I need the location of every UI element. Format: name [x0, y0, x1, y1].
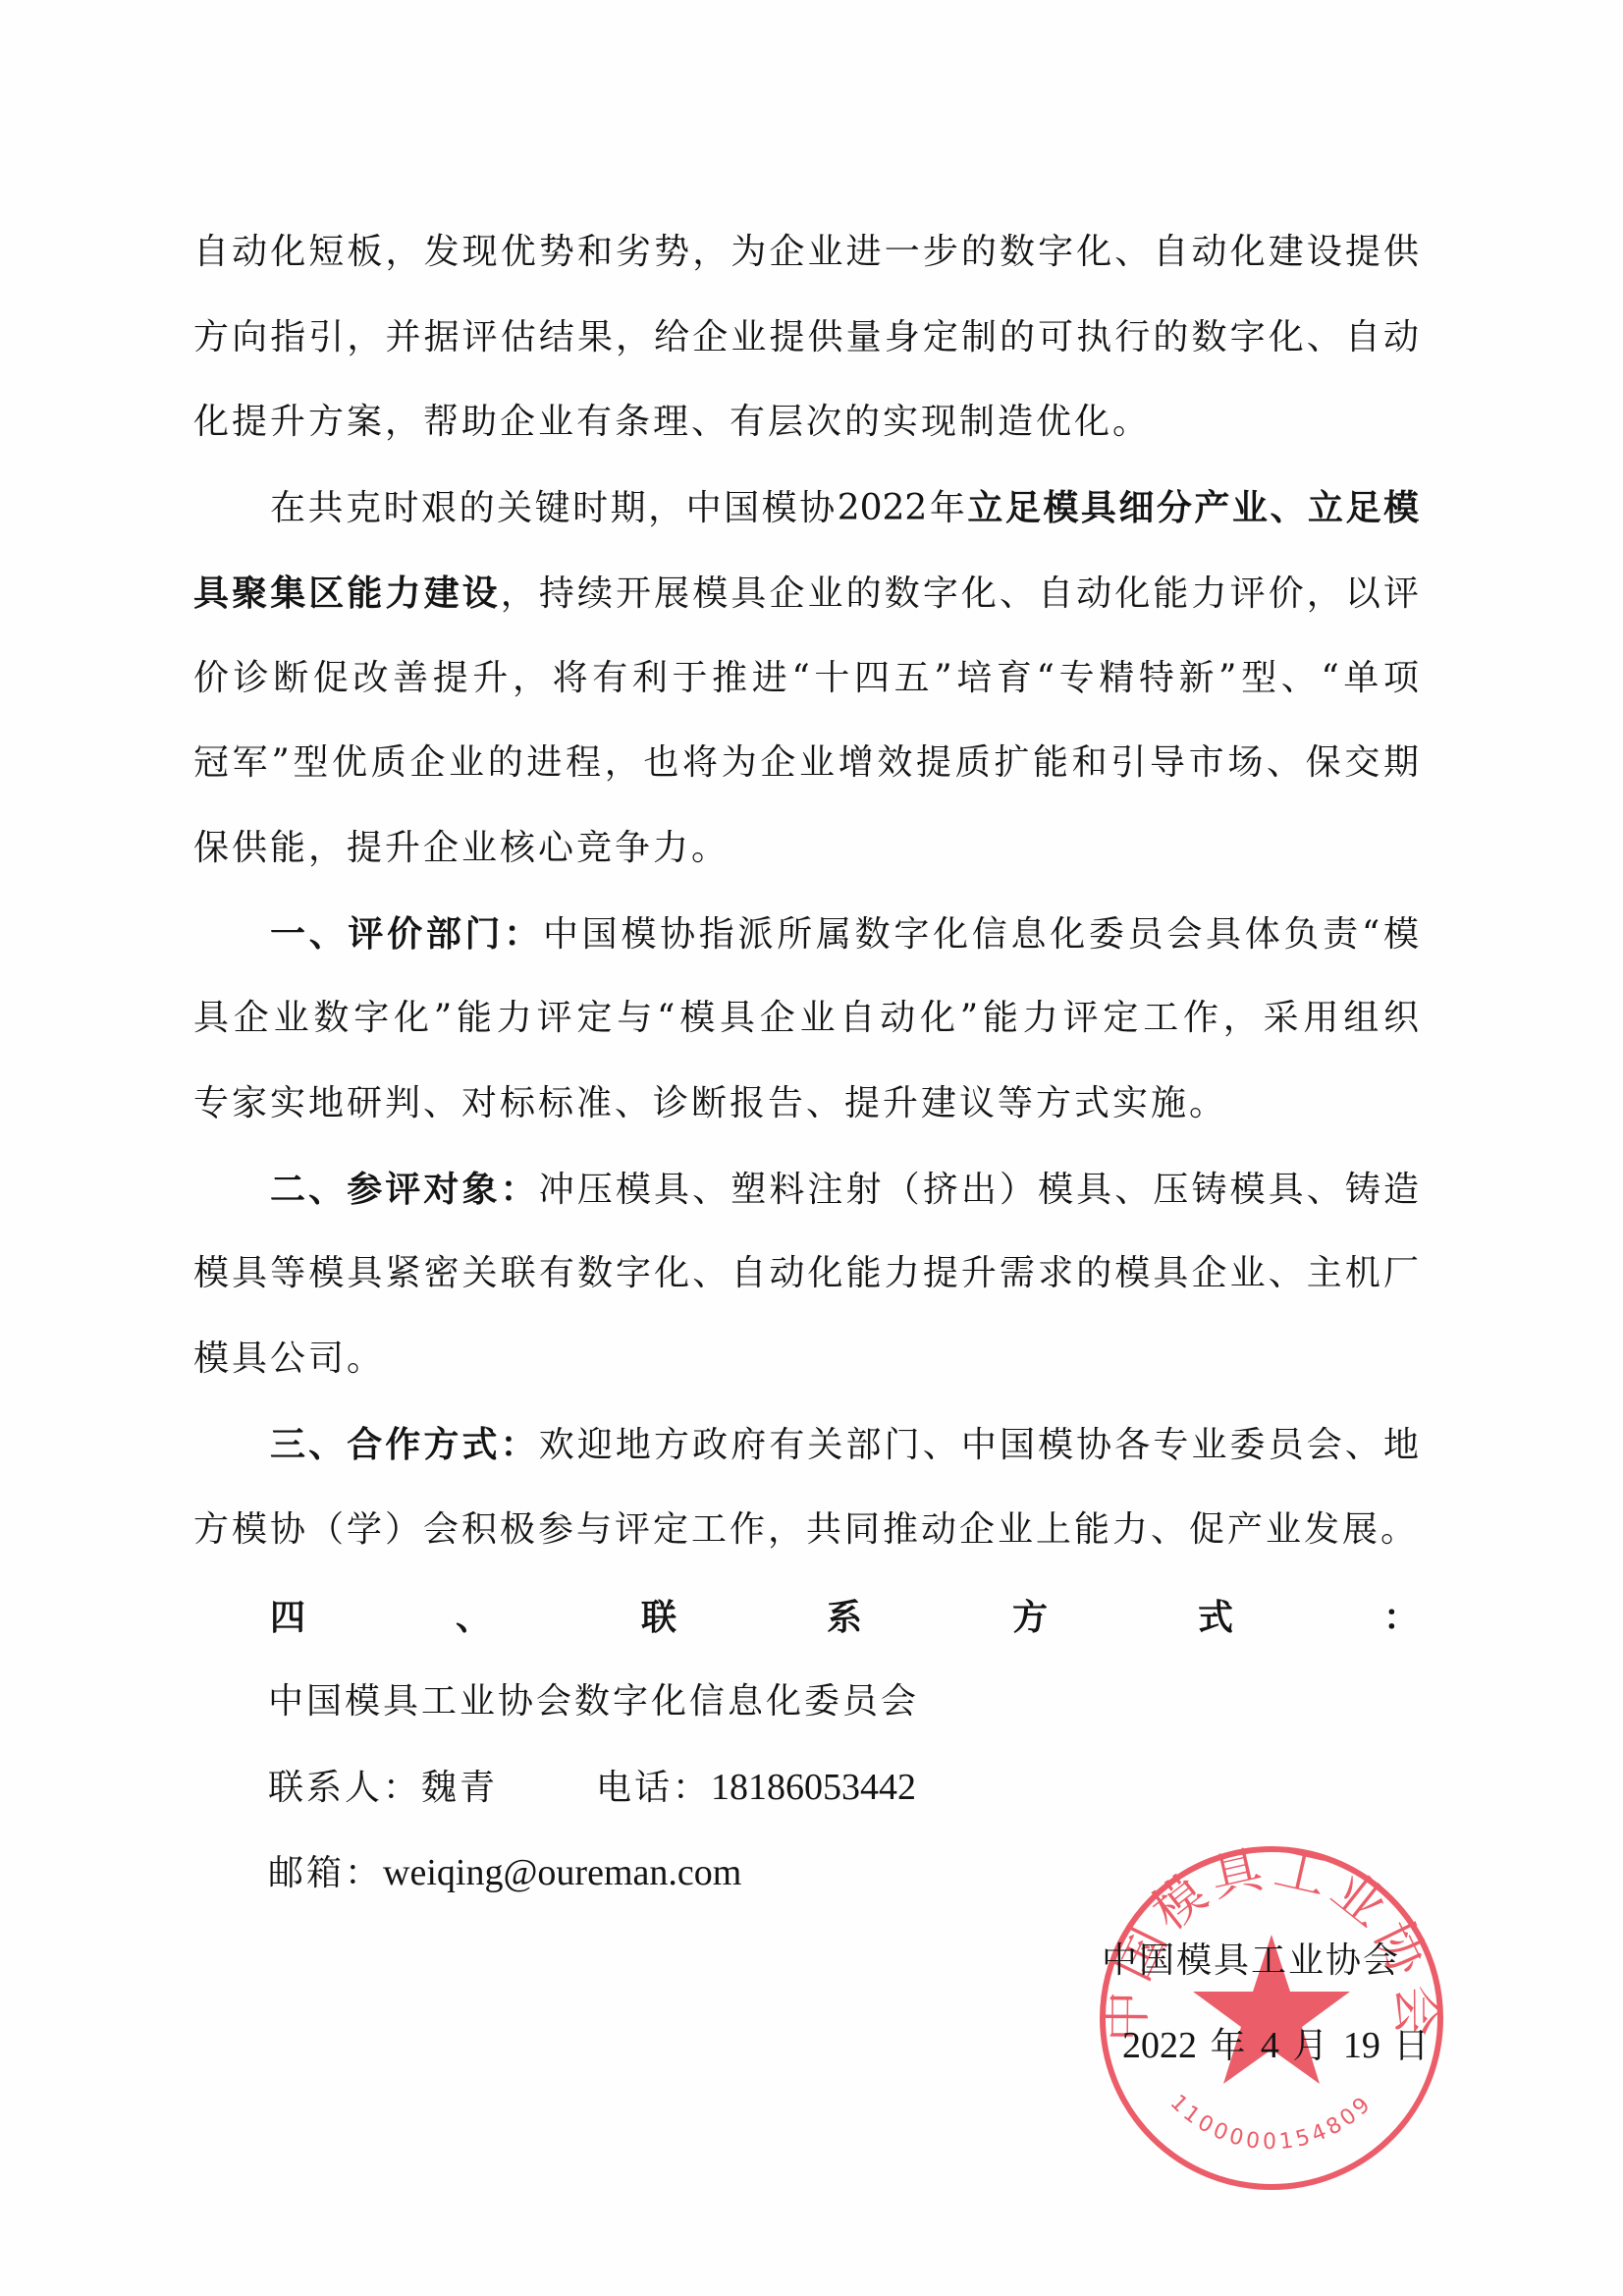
body-text: 价诊断促改善提升，将有利于推进“十四五”培育“专精特新”型、“单项 — [193, 658, 1419, 698]
body-text: 方模协（学）会积极参与评定工作，共同推动企业上能力、促产业发展。 — [193, 1509, 1419, 1550]
date-year-unit: 年 — [1210, 2026, 1247, 2066]
issuer-name: 中国模具工业协会 — [1102, 1941, 1400, 1981]
bold-text: 三、合作方式： — [270, 1424, 539, 1465]
section-1-line: 专家实地研判、对标标准、诊断报告、提升建议等方式实施。 — [193, 1074, 1419, 1133]
phone-number: 18186053442 — [711, 1767, 916, 1808]
date-month: 4 — [1261, 2025, 1279, 2066]
contact-person-row: 联系人：魏青电话：18186053442 — [268, 1758, 916, 1817]
body-text: 方向指引，并据评估结果，给企业提供量身定制的可执行的数字化、自动 — [193, 317, 1419, 357]
contact-label: 联系人： — [268, 1768, 421, 1808]
background-line: 保供能，提升企业核心竞争力。 — [193, 819, 1419, 878]
background-line: 冠军”型优质企业的进程，也将为企业增效提质扩能和引导市场、保交期 — [193, 734, 1419, 793]
section-2-line: 模具等模具紧密关联有数字化、自动化能力提升需求的模具企业、主机厂 — [193, 1244, 1419, 1303]
date-year: 2022 — [1122, 2025, 1197, 2066]
section-1-line: 一、评价部门：中国模协指派所属数字化信息化委员会具体负责“模 — [270, 904, 1419, 963]
background-line: 价诊断促改善提升，将有利于推进“十四五”培育“专精特新”型、“单项 — [193, 649, 1419, 708]
body-text: 模具公司。 — [193, 1339, 385, 1379]
email-address: weiqing@oureman.com — [383, 1852, 741, 1893]
svg-text:1100000154809: 1100000154809 — [1165, 2091, 1379, 2156]
document-page: 自动化短板，发现优势和劣势，为企业进一步的数字化、自动化建设提供方向指引，并据评… — [0, 0, 1623, 2296]
signature-issuer: 中国模具工业协会 — [1102, 1932, 1400, 1991]
date-day: 19 — [1343, 2025, 1380, 2066]
contact-email-row: 邮箱：weiqing@oureman.com — [268, 1843, 741, 1902]
phone-label: 电话： — [596, 1768, 711, 1808]
email-label: 邮箱： — [268, 1853, 383, 1893]
contact-organization: 中国模具工业协会数字化信息化委员会 — [268, 1672, 919, 1731]
body-text: ，持续开展模具企业的数字化、自动化能力评价，以评 — [501, 574, 1419, 614]
body-text: 欢迎地方政府有关部门、中国模协各专业委员会、地 — [539, 1425, 1419, 1465]
bold-text: 具聚集区能力建设 — [193, 573, 501, 614]
background-line: 具聚集区能力建设，持续开展模具企业的数字化、自动化能力评价，以评 — [193, 564, 1419, 623]
organization-name: 中国模具工业协会数字化信息化委员会 — [268, 1681, 919, 1722]
section-4-heading: 四、联系方式： — [270, 1588, 1419, 1647]
section-3-line: 三、合作方式：欢迎地方政府有关部门、中国模协各专业委员会、地 — [270, 1415, 1419, 1474]
body-text: 在共克时艰的关键时期，中国模协2022年 — [270, 488, 967, 528]
bold-text: 二、参评对象： — [270, 1169, 539, 1210]
body-text: 保供能，提升企业核心竞争力。 — [193, 828, 730, 868]
body-text: 自动化短板，发现优势和劣势，为企业进一步的数字化、自动化建设提供 — [193, 232, 1419, 272]
body-text: 具企业数字化”能力评定与“模具企业自动化”能力评定工作，采用组织 — [193, 998, 1419, 1038]
section-2-line: 模具公司。 — [193, 1330, 1419, 1389]
body-text: 模具等模具紧密关联有数字化、自动化能力提升需求的模具企业、主机厂 — [193, 1253, 1419, 1293]
bold-text: 立足模具细分产业、立足模 — [967, 487, 1419, 528]
intro-continued-line: 化提升方案，帮助企业有条理、有层次的实现制造优化。 — [193, 393, 1419, 452]
section-heading: 四、联系方式： — [270, 1597, 1419, 1638]
signature-date: 2022 年 4 月 19 日 — [1122, 2016, 1431, 2075]
date-day-unit: 日 — [1393, 2026, 1431, 2066]
intro-continued-line: 自动化短板，发现优势和劣势，为企业进一步的数字化、自动化建设提供 — [193, 223, 1419, 282]
section-3-line: 方模协（学）会积极参与评定工作，共同推动企业上能力、促产业发展。 — [193, 1501, 1419, 1559]
date-month-unit: 月 — [1292, 2026, 1329, 2066]
intro-continued-line: 方向指引，并据评估结果，给企业提供量身定制的可执行的数字化、自动 — [193, 308, 1419, 367]
body-text: 冲压模具、塑料注射（挤出）模具、压铸模具、铸造 — [539, 1170, 1419, 1210]
body-text: 中国模协指派所属数字化信息化委员会具体负责“模 — [543, 914, 1419, 955]
section-1-line: 具企业数字化”能力评定与“模具企业自动化”能力评定工作，采用组织 — [193, 989, 1419, 1048]
background-line: 在共克时艰的关键时期，中国模协2022年立足模具细分产业、立足模 — [270, 478, 1419, 537]
seal-code-text: 1100000154809 — [1165, 2091, 1379, 2156]
body-text: 专家实地研判、对标标准、诊断报告、提升建议等方式实施。 — [193, 1083, 1227, 1123]
body-text: 化提升方案，帮助企业有条理、有层次的实现制造优化。 — [193, 402, 1151, 442]
section-2-line: 二、参评对象：冲压模具、塑料注射（挤出）模具、压铸模具、铸造 — [270, 1160, 1419, 1219]
body-text: 冠军”型优质企业的进程，也将为企业增效提质扩能和引导市场、保交期 — [193, 742, 1419, 783]
bold-text: 一、评价部门： — [270, 913, 543, 955]
contact-name: 魏青 — [421, 1768, 498, 1808]
